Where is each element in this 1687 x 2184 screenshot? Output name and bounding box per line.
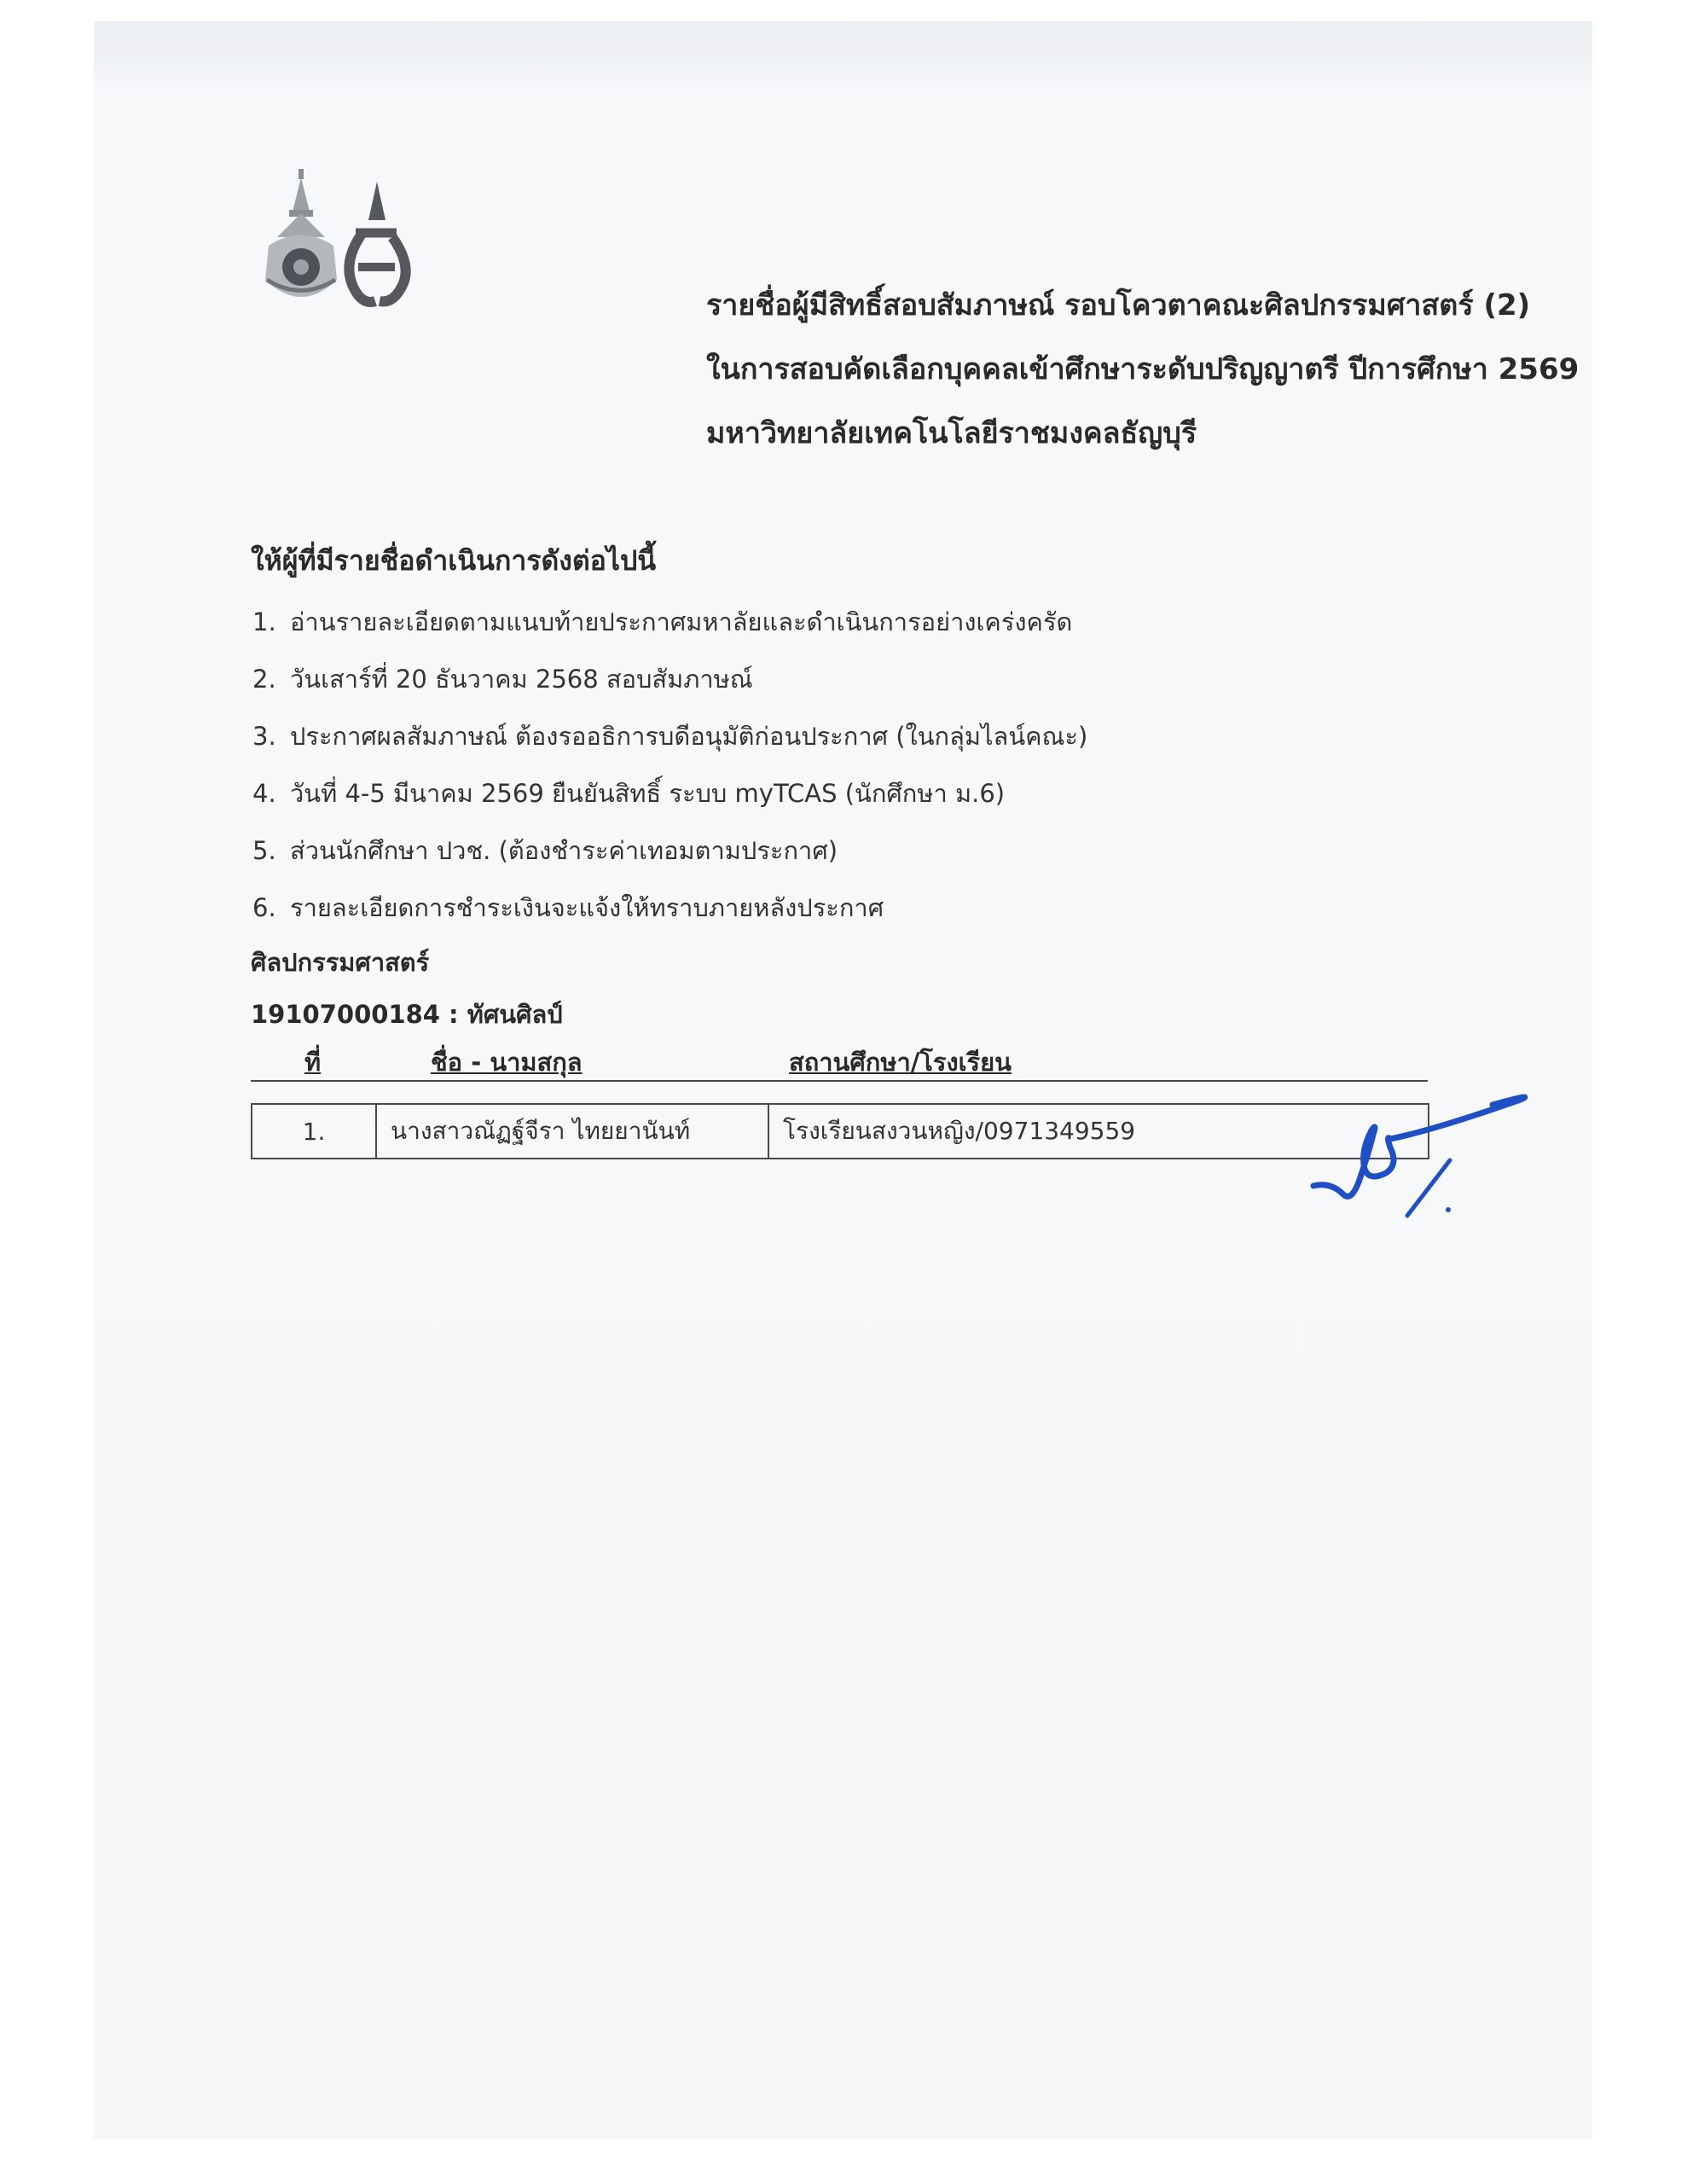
instruction-item: 6.รายละเอียดการชำระเงินจะแจ้งให้ทราบภายห… bbox=[252, 888, 884, 927]
cell-no: 1. bbox=[252, 1105, 377, 1158]
faculty-label: ศิลปกรรมศาสตร์ bbox=[251, 943, 429, 982]
cell-name: นางสาวณัฏฐ์จีรา ไทยยานันท์ bbox=[377, 1105, 769, 1158]
item-text: รายละเอียดการชำระเงินจะแจ้งให้ทราบภายหลั… bbox=[290, 893, 884, 922]
item-text: วันเสาร์ที่ 20 ธันวาคม 2568 สอบสัมภาษณ์ bbox=[290, 665, 753, 694]
item-text: ส่วนนักศึกษา ปวช. (ต้องชำระค่าเทอมตามประ… bbox=[290, 836, 838, 865]
item-text: อ่านรายละเอียดตามแนบท้ายประกาศมหาลัยและด… bbox=[290, 607, 1072, 636]
item-number: 3. bbox=[252, 722, 290, 751]
item-number: 2. bbox=[252, 665, 290, 694]
title-line-3: มหาวิทยาลัยเทคโนโลยีราชมงคลธัญบุรี bbox=[706, 409, 1197, 456]
table-header-school: สถานศึกษา/โรงเรียน bbox=[789, 1043, 1012, 1082]
item-text: ประกาศผลสัมภาษณ์ ต้องรออธิการบดีอนุมัติก… bbox=[290, 722, 1087, 751]
signature-icon bbox=[1305, 1083, 1535, 1228]
item-number: 6. bbox=[252, 893, 290, 922]
title-line-1: รายชื่อผู้มีสิทธิ์สอบสัมภาษณ์ รอบโควตาคณ… bbox=[706, 282, 1530, 328]
instruction-item: 2.วันเสาร์ที่ 20 ธันวาคม 2568 สอบสัมภาษณ… bbox=[252, 659, 753, 699]
instructions-heading: ให้ผู้ที่มีรายชื่อดำเนินการดังต่อไปนี้ bbox=[251, 539, 656, 583]
instruction-item: 3.ประกาศผลสัมภาษณ์ ต้องรออธิการบดีอนุมัต… bbox=[252, 717, 1087, 756]
item-number: 4. bbox=[252, 779, 290, 808]
item-number: 5. bbox=[252, 836, 290, 865]
header-underline bbox=[251, 1080, 1428, 1082]
program-label: 19107000184 : ทัศนศิลป์ bbox=[251, 995, 563, 1034]
table-header-name: ชื่อ - นามสกุล bbox=[431, 1043, 583, 1082]
item-text: วันที่ 4-5 มีนาคม 2569 ยืนยันสิทธิ์ ระบบ… bbox=[290, 779, 1005, 808]
rmutt-emblem-icon bbox=[252, 152, 456, 314]
table-header-no: ที่ bbox=[304, 1043, 321, 1082]
table-row: 1. นางสาวณัฏฐ์จีรา ไทยยานันท์ โรงเรียนสง… bbox=[251, 1103, 1429, 1159]
instruction-item: 5.ส่วนนักศึกษา ปวช. (ต้องชำระค่าเทอมตามป… bbox=[252, 831, 838, 870]
instruction-item: 4.วันที่ 4-5 มีนาคม 2569 ยืนยันสิทธิ์ ระ… bbox=[252, 774, 1005, 813]
title-line-2: ในการสอบคัดเลือกบุคคลเข้าศึกษาระดับปริญญ… bbox=[706, 346, 1579, 392]
item-number: 1. bbox=[252, 607, 290, 636]
instruction-item: 1.อ่านรายละเอียดตามแนบท้ายประกาศมหาลัยแล… bbox=[252, 602, 1072, 642]
logo-group bbox=[252, 152, 456, 314]
